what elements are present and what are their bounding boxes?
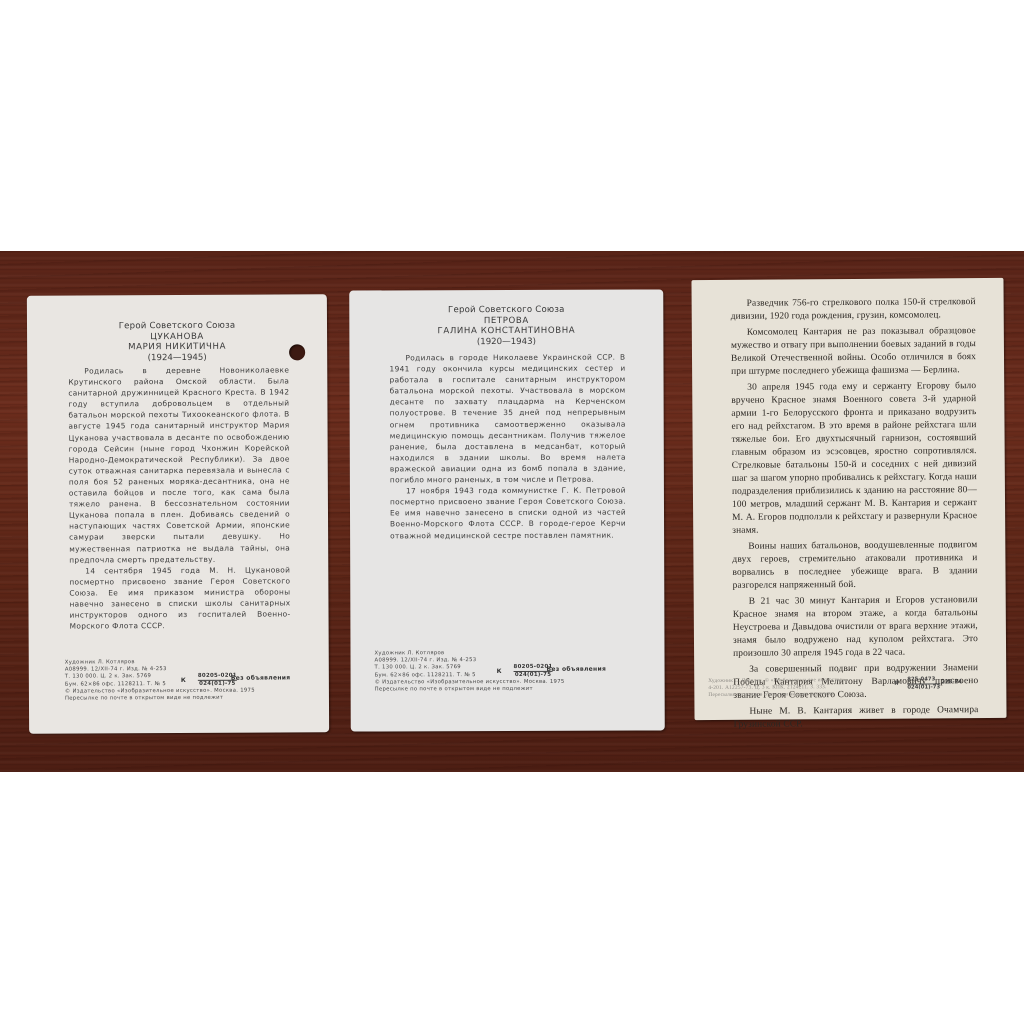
postcard-petrova: Герой Советского Союза ПЕТРОВА ГАЛИНА КО…	[349, 289, 665, 731]
biography-paragraph: Разведчик 756-го стрелкового полка 150-й…	[731, 296, 976, 324]
publisher-imprint: Художник Л. Котляров А08999. 12/XII-74 г…	[374, 650, 644, 694]
catalog-code: 825-0473 024(01)-73	[907, 676, 940, 691]
publisher-imprint: Художник Л. Котляров А08999. 12/XII-74 г…	[65, 658, 315, 703]
postcard-tsukanova: Герой Советского Союза ЦУКАНОВА МАРИЯ НИ…	[27, 294, 329, 734]
biography-paragraph: Родилась в городе Николаеве Украинской С…	[389, 352, 625, 486]
imprint-line: Пересылке по почте в открытом виде не по…	[375, 686, 645, 694]
hero-years: (1920—1943)	[349, 336, 663, 348]
biography-text: Разведчик 756-го стрелкового полка 150-й…	[731, 296, 979, 735]
index-mark: К	[181, 677, 186, 684]
postcard-kantaria: Разведчик 756-го стрелкового полка 150-й…	[691, 278, 1006, 720]
hero-years: (1924—1945)	[27, 352, 327, 364]
biography-text: Родилась в деревне Новониколаевке Крутин…	[68, 364, 290, 631]
no-announcement-label: Без объявления	[231, 674, 291, 682]
biography-paragraph: 17 ноября 1943 года коммунистке Г. К. Пе…	[390, 485, 626, 541]
biography-paragraph: В 21 час 30 минут Кантария и Егоров уста…	[733, 594, 978, 661]
biography-paragraph: Воины наших батальонов, воодушевленные п…	[732, 539, 977, 593]
card-header: Герой Советского Союза ЦУКАНОВА МАРИЯ НИ…	[27, 320, 327, 364]
catalog-code-suffix: 228-74	[941, 679, 962, 685]
index-mark: Я	[894, 681, 898, 687]
card-header: Герой Советского Союза ПЕТРОВА ГАЛИНА КО…	[349, 304, 663, 347]
biography-paragraph: Родилась в деревне Новониколаевке Крутин…	[68, 364, 290, 565]
imprint-line: Пересылке по почте в открытом виде не по…	[65, 694, 315, 703]
catalog-code-bottom: 024(01)-73	[907, 684, 940, 691]
biography-text: Родилась в городе Николаеве Украинской С…	[389, 352, 626, 541]
catalog-code-top: 825-0473	[907, 676, 940, 684]
biography-paragraph: Комсомолец Кантария не раз показывал обр…	[731, 325, 976, 379]
index-mark: К	[497, 668, 502, 675]
biography-paragraph: Ныне М. В. Кантария живет в городе Очамч…	[733, 704, 978, 732]
biography-paragraph: 30 апреля 1945 года ему и сержанту Егоро…	[731, 380, 977, 538]
biography-paragraph: 14 сентября 1945 года М. Н. Цукановой по…	[69, 564, 290, 632]
no-announcement-label: Без объявления	[547, 666, 607, 673]
